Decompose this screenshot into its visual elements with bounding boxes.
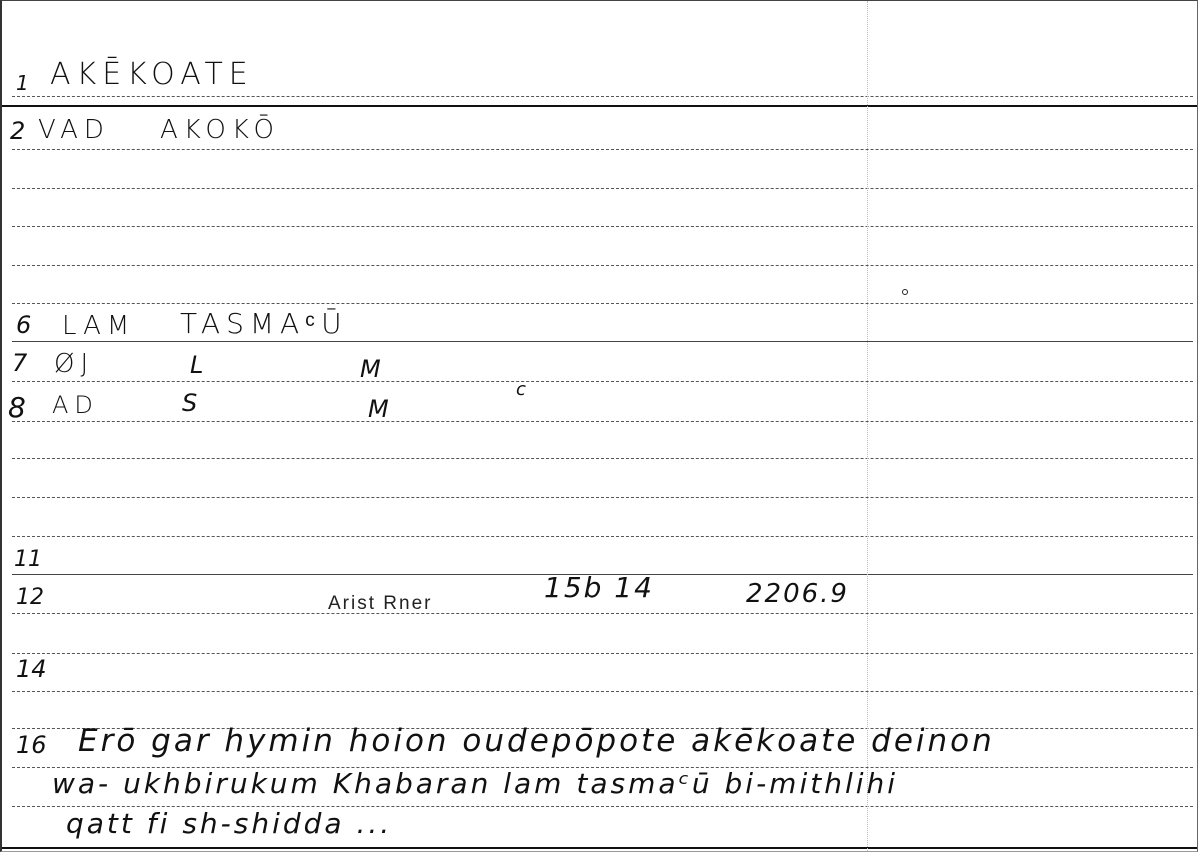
line-col2: M [360, 355, 383, 383]
line-number: 16 [16, 731, 47, 759]
rule-line [12, 691, 1193, 692]
line-number: 12 [16, 585, 44, 610]
line-label: VAD [38, 115, 110, 145]
line-number: 6 [16, 311, 31, 339]
rule-line [12, 226, 1193, 227]
line-col1: L [190, 351, 205, 379]
line-col1: S [182, 389, 199, 417]
quotation-line: qatt fi sh-shidda ... [66, 807, 392, 840]
rule-line [12, 497, 1193, 498]
line-label: ØJ [54, 349, 94, 379]
reference-value: 15b 14 [544, 571, 654, 604]
rule-line [12, 341, 1193, 342]
line-number: 1 [16, 71, 29, 95]
rule-line [12, 265, 1193, 266]
line-number: 2 [10, 117, 25, 145]
line-number: 14 [16, 655, 47, 683]
line-value: TASMAᶜŪ [180, 307, 348, 340]
line-number: 8 [8, 391, 26, 424]
quotation-line: Erō gar hymin hoion oudepōpote akēkoate … [78, 723, 995, 759]
rule-line [12, 421, 1193, 422]
header-divider [2, 105, 1197, 107]
quotation-line: wa- ukhbirukum Khabaran lam tasmaᶜū bi-m… [52, 767, 898, 800]
rule-line [12, 149, 1193, 150]
rule-line [12, 536, 1193, 537]
line-value: AKOKŌ [160, 115, 280, 145]
line-label: AD [52, 391, 99, 419]
rule-line [12, 303, 1193, 304]
line-col2: M [368, 395, 391, 423]
line-col3: c [516, 379, 528, 400]
reference-value: 2206.9 [746, 579, 849, 609]
rule-line [12, 96, 1193, 97]
rule-line [12, 381, 1193, 382]
typed-reference: Arist Rner [328, 593, 432, 615]
rule-line [12, 653, 1193, 654]
ink-dot [902, 289, 908, 295]
line-label: LAM [62, 311, 135, 341]
line-number: 7 [12, 349, 27, 377]
headword: AKĒKOATE [50, 57, 254, 92]
index-card: 1 AKĒKOATE 2 VAD AKOKŌ 6 LAM TASMAᶜŪ 7 Ø… [0, 0, 1198, 852]
line-number: 11 [14, 547, 42, 572]
rule-line [12, 613, 1193, 614]
rule-line [12, 458, 1193, 459]
rule-line [2, 847, 1197, 849]
rule-line [12, 188, 1193, 189]
